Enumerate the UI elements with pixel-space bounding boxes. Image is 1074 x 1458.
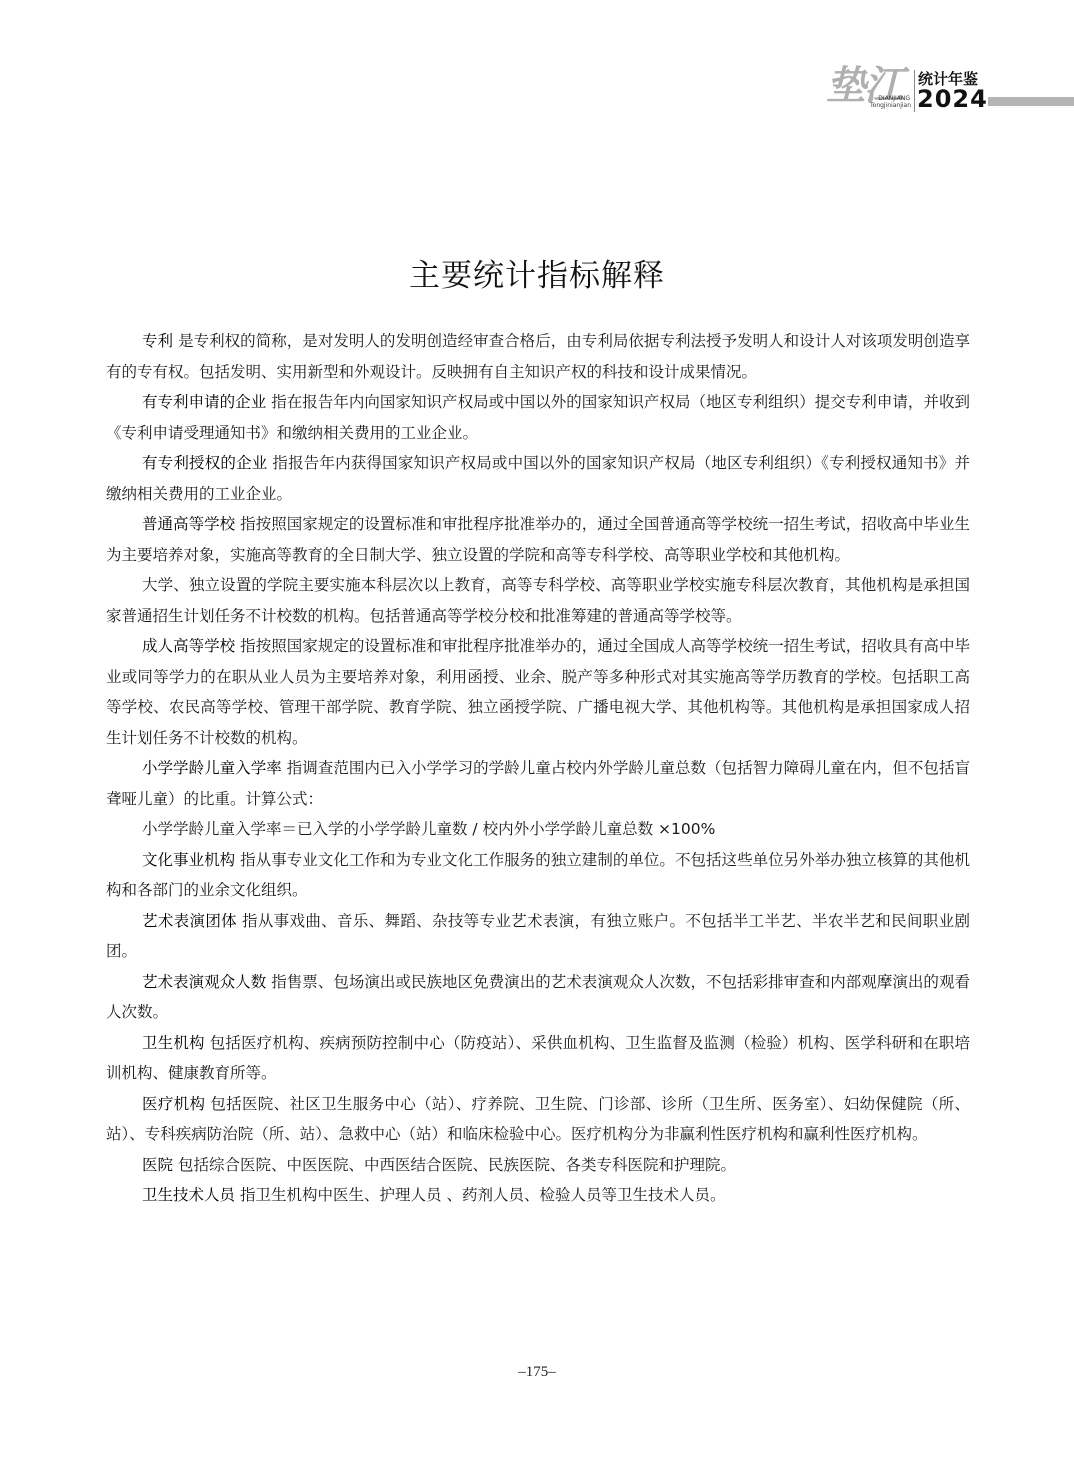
definition-medical-institution: 医疗机构包括医院、社区卫生服务中心（站）、疗养院、卫生院、门诊部、诊所（卫生所、…	[106, 1089, 970, 1150]
definition-text: 指按照国家规定的设置标准和审批程序批准举办的，通过全国成人高等学校统一招生考试，…	[106, 637, 970, 747]
page-number: –175–	[0, 1364, 1074, 1381]
definition-term: 小学学龄儿童入学率	[142, 759, 282, 777]
header-bar	[988, 97, 1074, 106]
definition-term: 医疗机构	[142, 1095, 205, 1113]
definition-text: 指从事专业文化工作和为专业文化工作服务的独立建制的单位。不包括这些单位另外举办独…	[106, 851, 970, 900]
page-title: 主要统计指标解释	[0, 250, 1074, 295]
definition-text: 指卫生机构中医生、护理人员 、药剂人员、检验人员等卫生技术人员。	[240, 1186, 725, 1204]
logo-divider	[914, 70, 915, 112]
definition-term: 卫生机构	[142, 1034, 205, 1052]
definition-text: 是专利权的简称，是对发明人的发明创造经审查合格后，由专利局依据专利法授予发明人和…	[106, 332, 970, 381]
definition-primary-enrollment-rate: 小学学龄儿童入学率指调查范围内已入小学学习的学龄儿童占校内外学龄儿童总数（包括智…	[106, 753, 970, 814]
definition-health-technical-personnel: 卫生技术人员指卫生机构中医生、护理人员 、药剂人员、检验人员等卫生技术人员。	[106, 1180, 970, 1211]
definition-regular-higher-education: 普通高等学校指按照国家规定的设置标准和审批程序批准举办的，通过全国普通高等学校统…	[106, 509, 970, 570]
definition-text: 指按照国家规定的设置标准和审批程序批准举办的，通过全国普通高等学校统一招生考试，…	[106, 515, 970, 564]
definition-text: 包括医疗机构、疾病预防控制中心（防疫站）、采供血机构、卫生监督及监测（检验）机构…	[106, 1034, 970, 1083]
definition-adult-higher-education: 成人高等学校指按照国家规定的设置标准和审批程序批准举办的，通过全国成人高等学校统…	[106, 631, 970, 753]
formula-text: 小学学龄儿童入学率＝已入学的小学学龄儿童数 / 校内外小学学龄儿童总数 ×100…	[142, 820, 715, 838]
definition-text: 包括医院、社区卫生服务中心（站）、疗养院、卫生院、门诊部、诊所（卫生所、医务室）…	[106, 1095, 970, 1144]
definition-term: 文化事业机构	[142, 851, 235, 869]
definition-hospital: 医院包括综合医院、中医医院、中西医结合医院、民族医院、各类专科医院和护理院。	[106, 1150, 970, 1181]
definition-text: 大学、独立设置的学院主要实施本科层次以上教育，高等专科学校、高等职业学校实施专科…	[106, 576, 970, 625]
definition-term: 医院	[142, 1156, 173, 1174]
yearbook-header: 垫江 DIANJIANG Tongjinianjian 统计年鉴 2024	[826, 60, 1074, 120]
definition-cultural-institution: 文化事业机构指从事专业文化工作和为专业文化工作服务的独立建制的单位。不包括这些单…	[106, 845, 970, 906]
definitions-body: 专利是专利权的简称，是对发明人的发明创造经审查合格后，由专利局依据专利法授予发明…	[106, 326, 970, 1211]
enrollment-rate-formula: 小学学龄儿童入学率＝已入学的小学学龄儿童数 / 校内外小学学龄儿童总数 ×100…	[106, 814, 970, 845]
logo-pinyin-line-2: Tongjinianjian	[870, 102, 910, 109]
definition-term: 专利	[142, 332, 173, 350]
definition-term: 普通高等学校	[142, 515, 235, 533]
definition-health-institution: 卫生机构包括医疗机构、疾病预防控制中心（防疫站）、采供血机构、卫生监督及监测（检…	[106, 1028, 970, 1089]
definition-term: 艺术表演团体	[142, 912, 237, 930]
logo-pinyin: DIANJIANG Tongjinianjian	[870, 95, 910, 109]
definition-patent-granted-enterprise: 有专利授权的企业指报告年内获得国家知识产权局或中国以外的国家知识产权局（地区专利…	[106, 448, 970, 509]
definition-patent-application-enterprise: 有专利申请的企业指在报告年内向国家知识产权局或中国以外的国家知识产权局（地区专利…	[106, 387, 970, 448]
definition-performing-arts-troupe: 艺术表演团体指从事戏曲、音乐、舞蹈、杂技等专业艺术表演，有独立账户。不包括半工半…	[106, 906, 970, 967]
definition-term: 艺术表演观众人数	[142, 973, 266, 991]
definition-term: 有专利申请的企业	[142, 393, 266, 411]
definition-text: 包括综合医院、中医医院、中西医结合医院、民族医院、各类专科医院和护理院。	[178, 1156, 736, 1174]
definition-term: 有专利授权的企业	[142, 454, 267, 472]
logo-year: 2024	[917, 86, 988, 112]
definition-patent: 专利是专利权的简称，是对发明人的发明创造经审查合格后，由专利局依据专利法授予发明…	[106, 326, 970, 387]
definition-term: 卫生技术人员	[142, 1186, 235, 1204]
definition-regular-higher-education-note: 大学、独立设置的学院主要实施本科层次以上教育，高等专科学校、高等职业学校实施专科…	[106, 570, 970, 631]
logo-pinyin-line-1: DIANJIANG	[870, 95, 910, 102]
definition-performance-audience: 艺术表演观众人数指售票、包场演出或民族地区免费演出的艺术表演观众人次数，不包括彩…	[106, 967, 970, 1028]
definition-term: 成人高等学校	[142, 637, 235, 655]
